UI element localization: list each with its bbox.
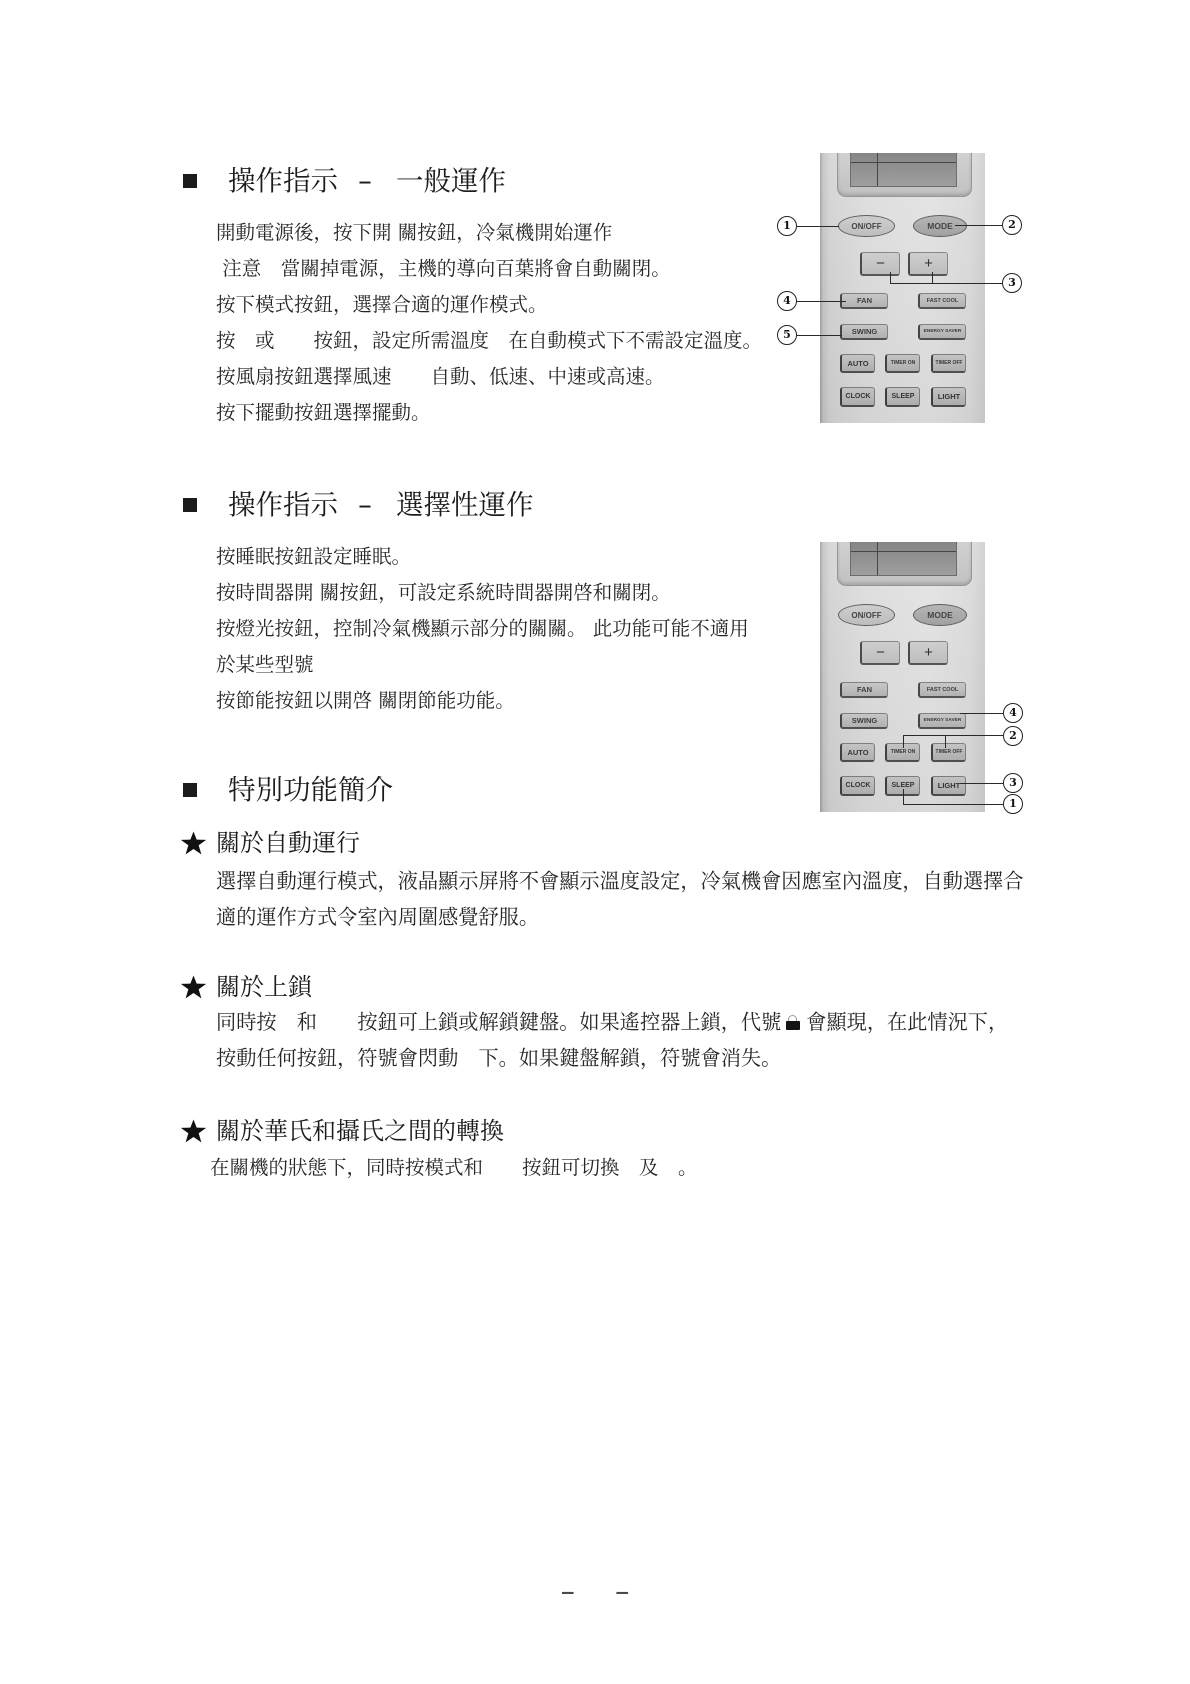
remote-button-auto: AUTO bbox=[840, 354, 875, 373]
body-line: 適的運作方式令室內周圍感覺舒服。 bbox=[216, 899, 1024, 935]
callout-number-on-off: 1 bbox=[777, 216, 797, 236]
body-text: 會顯現，在此情況下， bbox=[806, 1010, 1008, 1034]
lcd-screen bbox=[850, 153, 957, 187]
page-footer: – – bbox=[0, 1576, 1190, 1606]
body-line: 按動任何按鈕，符號會閃動 下。如果鍵盤解鎖，符號會消失。 bbox=[216, 1040, 1008, 1076]
remote-button-swing: SWING bbox=[840, 324, 888, 340]
section-title-sub: 選擇性運作 bbox=[396, 489, 534, 521]
body-line: 按下模式按鈕，選擇合適的運作模式。 bbox=[216, 287, 762, 323]
body-text: 同時按 和 按鈕可上鎖或解鎖鍵盤。如果遙控器上鎖，代號 bbox=[216, 1010, 781, 1034]
remote-control-figure-1: ON/OFF MODE − + FAN FAST COOL SWING ENER… bbox=[820, 153, 985, 423]
feature-heading-temperature-unit: 關於華氏和攝氏之間的轉換 bbox=[0, 1113, 760, 1149]
callout-leader-line bbox=[903, 804, 1003, 805]
body-line: 按睡眠按鈕設定睡眠。 bbox=[216, 539, 749, 575]
callout-number-fan: 4 bbox=[777, 291, 797, 311]
callout-leader-line bbox=[797, 301, 846, 302]
lcd-screen bbox=[850, 542, 957, 576]
manual-page: 操作指示–一般運作 開動電源後，按下開 關按鈕，冷氣機開始運作 注意 當關掉電源… bbox=[0, 0, 1190, 1684]
section-title: 操作指示–選擇性運作 bbox=[228, 487, 534, 523]
remote-button-sleep: SLEEP bbox=[885, 387, 920, 407]
feature-body-auto-run: 選擇自動運行模式，液晶顯示屏將不會顯示溫度設定，冷氣機會因應室內溫度，自動選擇合… bbox=[216, 863, 1024, 935]
callout-leader-line bbox=[960, 783, 1003, 784]
callout-number-energy-saver: 4 bbox=[1003, 703, 1023, 723]
remote-button-plus: + bbox=[908, 641, 948, 665]
remote-button-mode: MODE bbox=[913, 215, 967, 237]
remote-button-fast-cool: FAST COOL bbox=[918, 293, 966, 309]
remote-button-plus: + bbox=[908, 252, 948, 276]
section-title-separator: – bbox=[357, 163, 373, 199]
section-heading-general-operation: 操作指示–一般運作 bbox=[0, 163, 760, 199]
callout-leader-line bbox=[890, 272, 891, 283]
remote-button-fast-cool: FAST COOL bbox=[918, 682, 966, 698]
remote-button-energy-saver: ENERGY SAVER bbox=[918, 713, 966, 729]
remote-button-swing: SWING bbox=[840, 713, 888, 729]
callout-leader-line bbox=[955, 225, 1002, 226]
callout-number-sleep: 1 bbox=[1003, 794, 1023, 814]
remote-button-light: LIGHT bbox=[931, 387, 966, 407]
body-line: 在關機的狀態下，同時按模式和 按鈕可切換 及 。 bbox=[210, 1150, 698, 1186]
feature-title: 關於華氏和攝氏之間的轉換 bbox=[216, 1113, 504, 1149]
remote-button-fan: FAN bbox=[840, 293, 888, 309]
feature-title: 關於自動運行 bbox=[216, 825, 360, 861]
remote-button-minus: − bbox=[860, 252, 900, 276]
feature-heading-auto-run: 關於自動運行 bbox=[0, 825, 760, 861]
section-title: 操作指示–一般運作 bbox=[228, 163, 506, 199]
section-title-main: 操作指示 bbox=[228, 489, 338, 521]
section-heading-special-features: 特別功能簡介 bbox=[0, 772, 760, 808]
callout-leader-line bbox=[960, 713, 1003, 714]
body-line: 按 或 按鈕，設定所需溫度 在自動模式下不需設定溫度。 bbox=[216, 323, 762, 359]
body-line: 按燈光按鈕，控制冷氣機顯示部分的關關。 此功能可能不適用 bbox=[216, 611, 749, 647]
remote-button-minus: − bbox=[860, 641, 900, 665]
remote-button-on-off: ON/OFF bbox=[838, 215, 895, 237]
callout-leader-line bbox=[945, 735, 946, 748]
body-line: 按節能按鈕以開啓 關閉節能功能。 bbox=[216, 683, 749, 719]
body-line: 同時按 和 按鈕可上鎖或解鎖鍵盤。如果遙控器上鎖，代號會顯現，在此情況下， bbox=[216, 1004, 1008, 1040]
callout-leader-line bbox=[903, 789, 904, 804]
remote-button-light: LIGHT bbox=[931, 776, 966, 796]
section-heading-optional-operation: 操作指示–選擇性運作 bbox=[0, 487, 760, 523]
feature-body-lock: 同時按 和 按鈕可上鎖或解鎖鍵盤。如果遙控器上鎖，代號會顯現，在此情況下， 按動… bbox=[216, 1004, 1008, 1076]
section-title-sub: 一般運作 bbox=[396, 165, 506, 197]
feature-body-temperature-unit: 在關機的狀態下，同時按模式和 按鈕可切換 及 。 bbox=[210, 1150, 698, 1186]
section-title: 特別功能簡介 bbox=[228, 772, 393, 808]
callout-number-mode: 2 bbox=[1002, 215, 1022, 235]
remote-button-on-off: ON/OFF bbox=[838, 604, 895, 626]
remote-button-auto: AUTO bbox=[840, 743, 875, 762]
black-square-bullet-icon bbox=[183, 174, 197, 188]
section-title-main: 操作指示 bbox=[228, 165, 338, 197]
body-line: 按下擺動按鈕選擇擺動。 bbox=[216, 395, 762, 431]
padlock-icon bbox=[786, 1015, 800, 1030]
lcd-frame bbox=[837, 153, 972, 197]
page-number-dash-left: – bbox=[561, 1576, 576, 1606]
callout-leader-line bbox=[903, 735, 904, 748]
callout-leader-line bbox=[903, 735, 1003, 736]
remote-button-clock: CLOCK bbox=[840, 387, 875, 407]
remote-button-fan: FAN bbox=[840, 682, 888, 698]
black-square-bullet-icon bbox=[183, 783, 197, 797]
body-line: 按時間器開 關按鈕，可設定系統時間器開啓和關閉。 bbox=[216, 575, 749, 611]
section-body-general-operation: 開動電源後，按下開 關按鈕，冷氣機開始運作 注意 當關掉電源，主機的導向百葉將會… bbox=[216, 215, 762, 431]
callout-number-light: 3 bbox=[1003, 773, 1023, 793]
callout-number-swing: 5 bbox=[777, 325, 797, 345]
black-square-bullet-icon bbox=[183, 498, 197, 512]
remote-button-timer-off: TIMER OFF bbox=[931, 354, 966, 373]
remote-button-energy-saver: ENERGY SAVER bbox=[918, 324, 966, 340]
callout-leader-line bbox=[890, 283, 1002, 284]
black-star-bullet-icon bbox=[180, 1119, 207, 1143]
black-star-bullet-icon bbox=[180, 975, 207, 999]
body-line: 按風扇按鈕選擇風速 自動、低速、中速或高速。 bbox=[216, 359, 762, 395]
remote-button-mode: MODE bbox=[913, 604, 967, 626]
body-line: 選擇自動運行模式，液晶顯示屏將不會顯示溫度設定，冷氣機會因應室內溫度，自動選擇合 bbox=[216, 863, 1024, 899]
remote-button-timer-on: TIMER ON bbox=[885, 354, 920, 373]
body-line: 於某些型號 bbox=[216, 647, 749, 683]
black-star-bullet-icon bbox=[180, 831, 207, 855]
feature-title: 關於上鎖 bbox=[216, 969, 312, 1005]
remote-button-timer-off: TIMER OFF bbox=[931, 743, 966, 762]
callout-leader-line bbox=[797, 226, 839, 227]
feature-heading-lock: 關於上鎖 bbox=[0, 969, 760, 1005]
lcd-frame bbox=[837, 542, 972, 586]
section-body-optional-operation: 按睡眠按鈕設定睡眠。 按時間器開 關按鈕，可設定系統時間器開啓和關閉。 按燈光按… bbox=[216, 539, 749, 719]
callout-leader-line bbox=[932, 272, 933, 283]
callout-number-temperature: 3 bbox=[1002, 273, 1022, 293]
callout-leader-line bbox=[797, 335, 842, 336]
remote-control-figure-2: ON/OFF MODE − + FAN FAST COOL SWING ENER… bbox=[820, 542, 985, 812]
remote-button-clock: CLOCK bbox=[840, 776, 875, 796]
page-number-dash-right: – bbox=[615, 1576, 630, 1606]
callout-number-timer: 2 bbox=[1003, 726, 1023, 746]
section-title-separator: – bbox=[357, 487, 373, 523]
body-line: 注意 當關掉電源，主機的導向百葉將會自動關閉。 bbox=[216, 251, 762, 287]
body-line: 開動電源後，按下開 關按鈕，冷氣機開始運作 bbox=[216, 215, 762, 251]
